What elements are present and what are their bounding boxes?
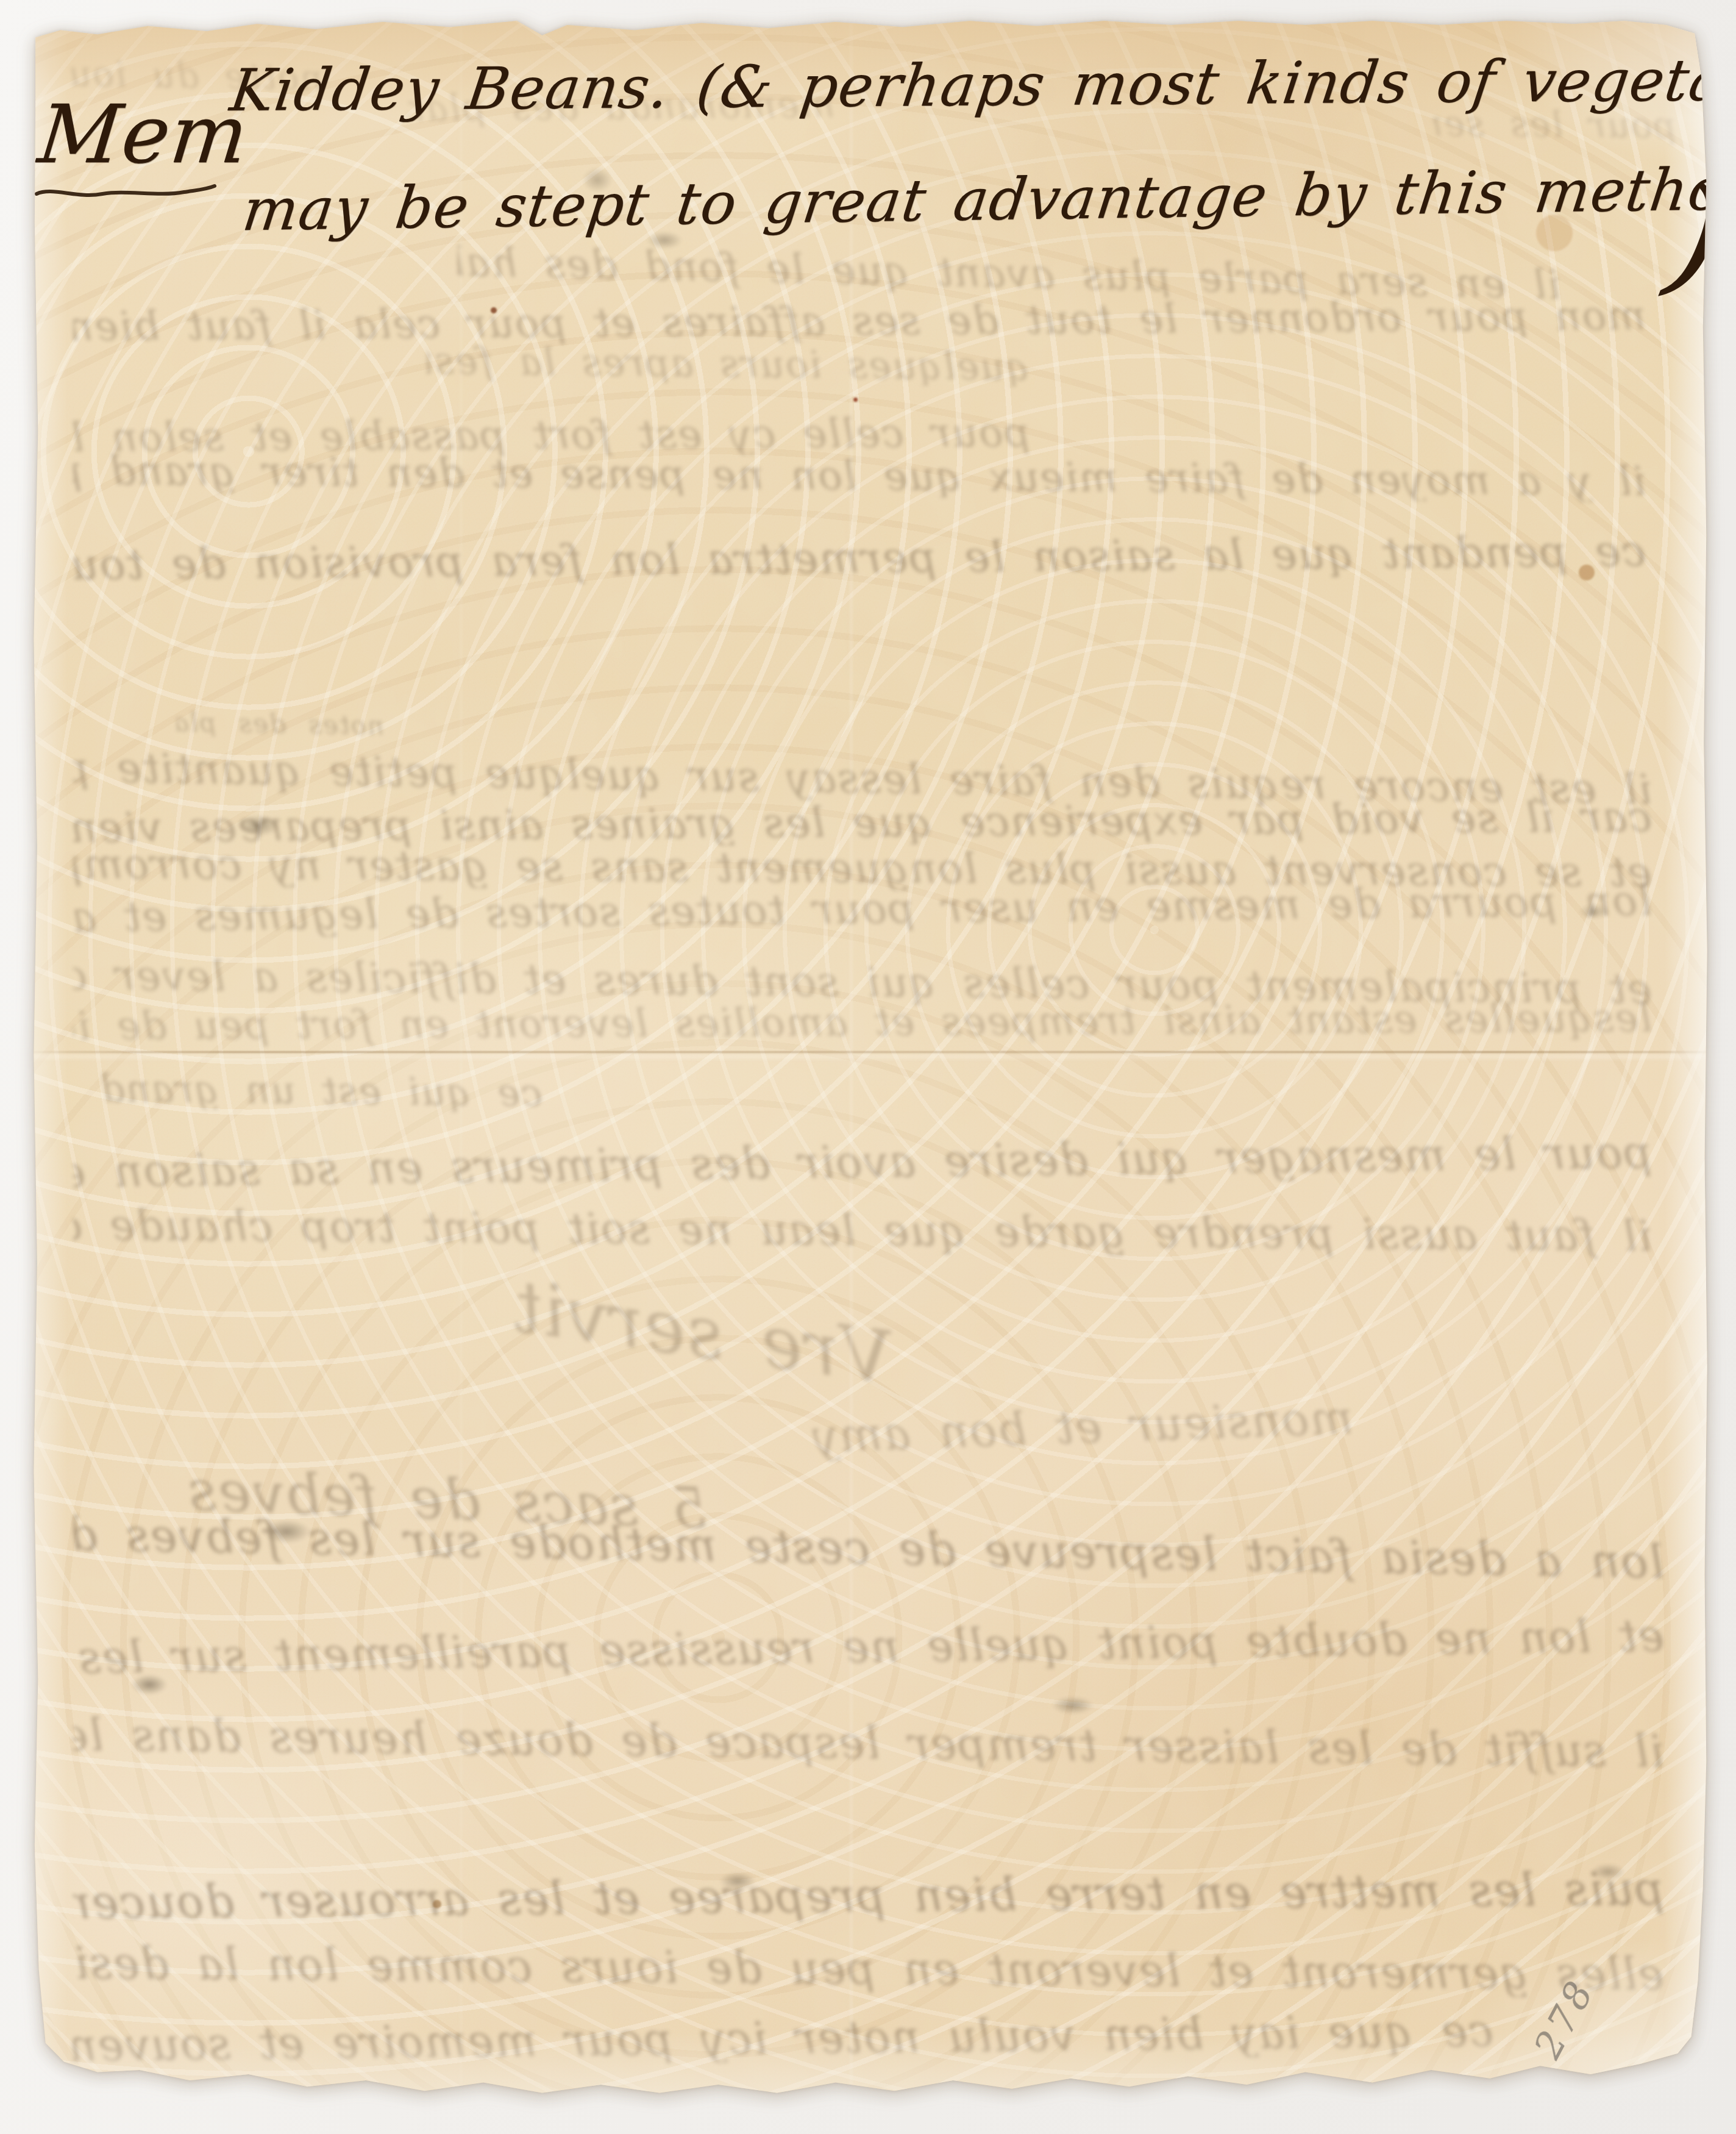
bleedthrough-line: Vre serviteur [511,1269,896,1396]
bleedthrough-line: lesquelles estant ainsi trempees et amol… [73,998,1652,1047]
bleedthrough-line: pour celle cy est fort passable et selon… [73,412,1030,459]
ink-bleed-blotch [131,1674,168,1695]
foxing-stain [1579,565,1595,580]
handwritten-line-2: may be stept to great advantage by this … [239,155,1736,244]
bleedthrough-line: mon pour ordonner le tout de ses affaire… [73,294,1646,348]
bleedthrough-line: et se conservent aussi plus longuement s… [73,843,1652,894]
bleedthrough-line: puis les mettre en terre bien preparee e… [73,1866,1665,1927]
bleedthrough-line: il en sera parle plus avant que le fond … [457,241,1560,306]
vertical-fold-crease [460,15,462,2095]
foxing-stain [433,1900,441,1908]
bleedthrough-line: 5 sacs de febves [73,1458,708,1539]
bleedthrough-line: il faut aussi prendre garde que leau ne … [73,1203,1652,1259]
handwritten-line-1: Kiddey Beans. (& perhaps most kinds of v… [226,46,1736,124]
vertical-fold-crease [850,15,852,2095]
ink-bleed-blotch [719,1872,756,1890]
foxing-stain [491,307,497,313]
bleedthrough-line: pour le mesnager qui desire avoir des pr… [73,1130,1652,1195]
bleedthrough-line: quelques iours apres la feste [427,341,1031,387]
bleedthrough-line: lon pourra de mesme en user pour toutes … [73,879,1652,940]
ink-bleed-blotch [238,815,280,837]
bleedthrough-line: car il se void par experience que les gr… [73,796,1652,850]
bleedthrough-line: monsieur et bon amy [786,1395,1354,1462]
scan-backdrop: notte du iour passememoranda des plans d… [0,0,1736,2134]
bleedthrough-line: il y a moyen de faire mieux que lon ne p… [73,449,1646,502]
bleedthrough-line: ce que iay bien voulu noter icy pour mem… [73,2008,1494,2069]
bleedthrough-line: il suffit de les laisser tremper lespace… [73,1712,1665,1775]
horizontal-fold-crease [30,1051,1708,1053]
foxing-stain [853,398,858,402]
ink-bleed-blotch [1579,904,1609,919]
memo-heading: Mem [34,88,253,182]
ink-bleed-blotch [1051,1696,1094,1715]
ink-bleed-blotch [1591,1863,1625,1880]
bleedthrough-line: elles germeront et leveront en peu de io… [73,1941,1664,1998]
bleedthrough-line: et lon ne doubte point quelle ne reussis… [73,1613,1665,1682]
manuscript-page: notte du iour passememoranda des plans d… [30,15,1708,2095]
bleedthrough-line: ce qui est un grand avantage [73,1068,543,1113]
bleedthrough-line: lon a desia faict lespreuve de ceste met… [73,1511,1665,1586]
bleedthrough-line: et principalement pour celles qui sont d… [73,954,1652,1012]
bleedthrough-line: ce pendant que la saison le permettra lo… [73,529,1646,588]
bleedthrough-line: il est encore requis den faire lessay su… [73,746,1652,812]
bleedthrough-line: notes des plans [177,709,385,740]
memo-heading-underline [34,178,217,202]
ink-bleed-blotch [262,1519,311,1544]
pencil-folio-number: 278 [1525,1971,1603,2066]
paper-sheet: notte du iour passememoranda des plans d… [30,15,1708,2095]
fold-crease-highlight [30,1055,1708,1058]
